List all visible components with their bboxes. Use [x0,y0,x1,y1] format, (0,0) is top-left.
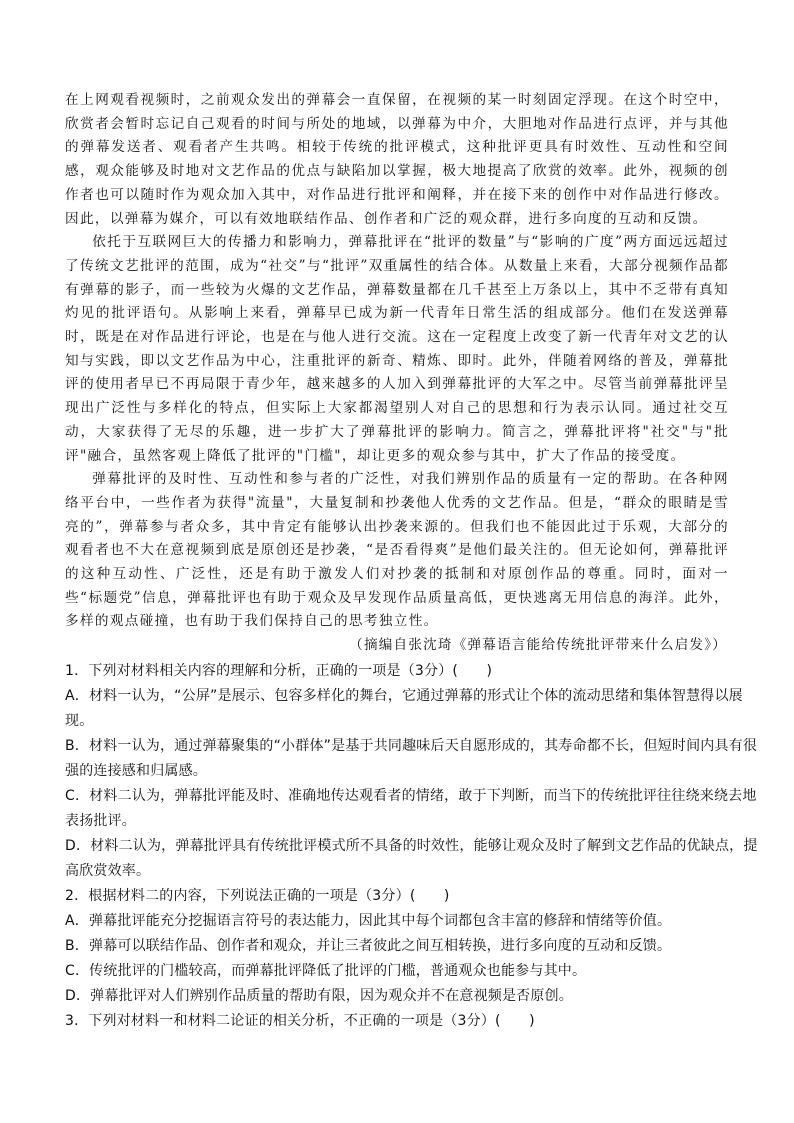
passage-citation: （摘编自张沈琦《弹幕语言能给传统批评带来什么启发》） [65,634,729,658]
passage-paragraph-3: 弹幕批评的及时性、互动性和参与者的广泛性，对我们辨别作品的质量有一定的帮助。在各… [65,468,729,634]
option-c: C．材料二认为，弹幕批评能及时、准确地传达观看者的情绪，敢于下判断，而当下的传统… [65,784,765,834]
option-a: A．弹幕批评能充分挖掘语言符号的表达能力，因此其中每个词都包含丰富的修辞和情绪等… [65,909,765,934]
option-d: D．弹幕批评对人们辨别作品质量的帮助有限，因为观众并不在意视频是否原创。 [65,984,765,1009]
option-a: A．材料一认为，“公屏”是展示、包容多样化的舞台，它通过弹幕的形式让个体的流动思… [65,684,765,734]
question-2: 2．根据材料二的内容，下列说法正确的一项是（3分）( ) A．弹幕批评能充分挖掘… [65,884,765,1009]
question-stem: 2．根据材料二的内容，下列说法正确的一项是（3分）( ) [65,884,765,909]
passage-paragraph-2: 依托于互联网巨大的传播力和影响力，弹幕批评在“批评的数量”与“影响的广度”两方面… [65,231,729,468]
question-stem: 3．下列对材料一和材料二论证的相关分析，不正确的一项是（3分）( ) [65,1009,765,1034]
option-c: C．传统批评的门槛较高，而弹幕批评降低了批评的门槛，普通观众也能参与其中。 [65,959,765,984]
passage-paragraph-1: 在上网观看视频时，之前观众发出的弹幕会一直保留，在视频的某一时刻固定浮现。在这个… [65,89,729,231]
exam-page: 在上网观看视频时，之前观众发出的弹幕会一直保留，在视频的某一时刻固定浮现。在这个… [65,89,729,1034]
question-list: 1．下列对材料相关内容的理解和分析，正确的一项是（3分）( ) A．材料一认为，… [65,659,765,1034]
option-b: B．材料一认为，通过弹幕聚集的“小群体”是基于共同趣味后天自愿形成的，其寿命都不… [65,734,765,784]
question-stem: 1．下列对材料相关内容的理解和分析，正确的一项是（3分）( ) [65,659,765,684]
option-b: B．弹幕可以联结作品、创作者和观众，并让三者彼此之间互相转换，进行多向度的互动和… [65,934,765,959]
question-1: 1．下列对材料相关内容的理解和分析，正确的一项是（3分）( ) A．材料一认为，… [65,659,765,884]
option-d: D．材料二认为，弹幕批评具有传统批评模式所不具备的时效性，能够让观众及时了解到文… [65,834,765,884]
reading-passage: 在上网观看视频时，之前观众发出的弹幕会一直保留，在视频的某一时刻固定浮现。在这个… [65,89,729,634]
question-3: 3．下列对材料一和材料二论证的相关分析，不正确的一项是（3分）( ) [65,1009,765,1034]
